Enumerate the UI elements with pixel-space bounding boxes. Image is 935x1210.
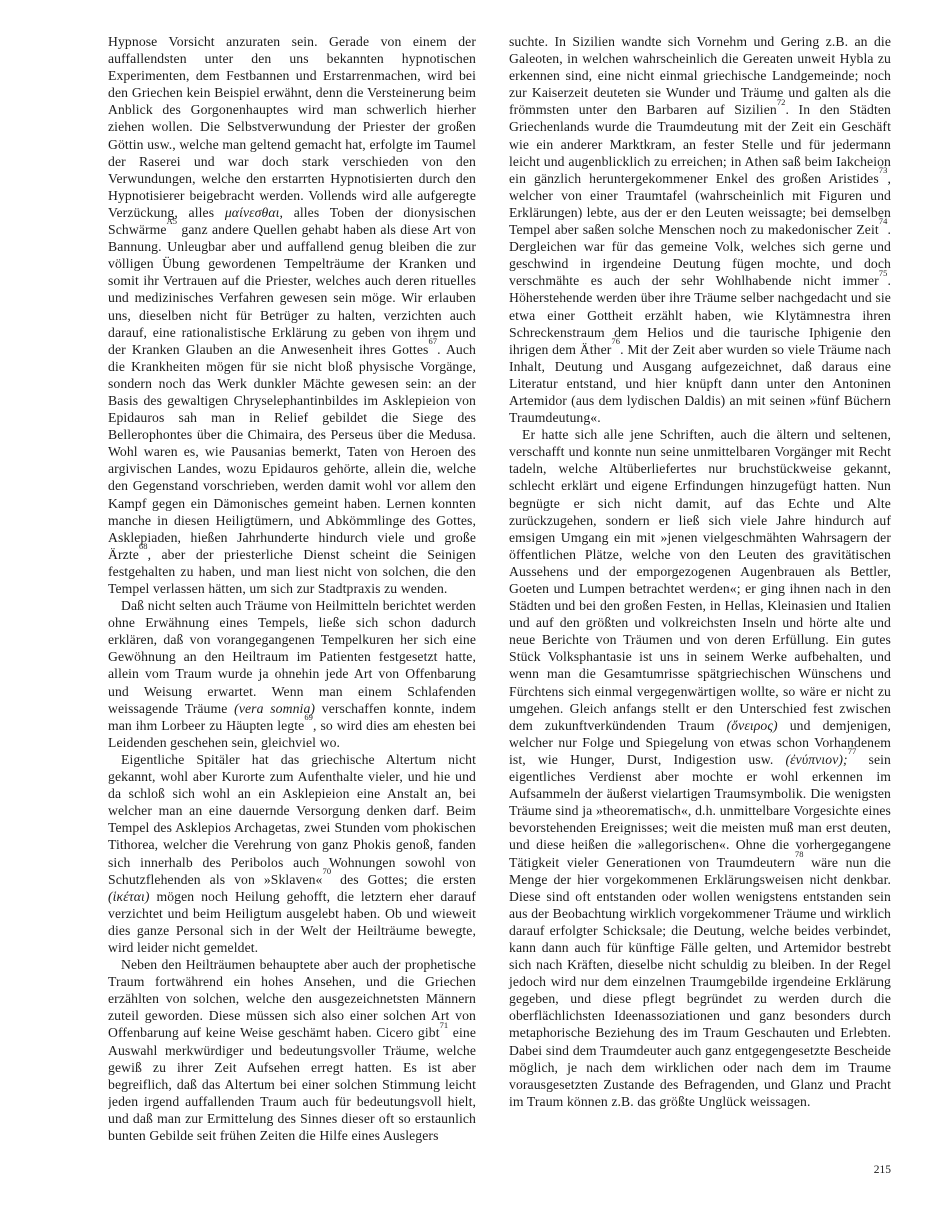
paragraph: Hypnose Vorsicht anzuraten sein. Gerade … (108, 33, 476, 597)
footnote-marker: 69 (304, 712, 313, 722)
italic-term: (ὄνειρος) (727, 718, 778, 733)
italic-term: μαίνεσθαι (225, 205, 280, 220)
text-run: Neben den Heilträumen behauptete aber au… (108, 957, 476, 1040)
footnote-marker: 77 (848, 746, 857, 756)
footnote-marker: 71 (440, 1020, 449, 1030)
footnote-marker: 76 (611, 336, 620, 346)
footnote-marker: 72 (777, 97, 786, 107)
page-number: 215 (874, 1164, 891, 1176)
book-page: Hypnose Vorsicht anzuraten sein. Gerade … (0, 0, 935, 1210)
text-run: , aber der priesterliche Dienst scheint … (108, 547, 476, 596)
footnote-marker: 70 (323, 866, 332, 876)
footnote-marker: 73 (879, 165, 888, 175)
text-column-right: suchte. In Sizilien wandte sich Vornehm … (509, 33, 891, 1173)
paragraph: Eigentliche Spitäler hat das griechische… (108, 751, 476, 956)
footnote-marker: 67 (428, 336, 437, 346)
text-column-left: Hypnose Vorsicht anzuraten sein. Gerade … (108, 33, 476, 1173)
text-run: wäre nun die Menge der hier vorgekommene… (509, 855, 891, 1109)
text-run: des Gottes; die ersten (331, 872, 476, 887)
text-run: eine Auswahl merkwürdiger und bedeutungs… (108, 1025, 476, 1143)
footnote-marker: 78 (795, 849, 804, 859)
text-run: Hypnose Vorsicht anzuraten sein. Gerade … (108, 34, 476, 220)
paragraph: Daß nicht selten auch Träume von Heilmit… (108, 597, 476, 751)
text-run: mögen noch Heilung gehofft, die letztern… (108, 889, 476, 955)
text-run: sein eigentliches Verdienst aber mochte … (509, 752, 891, 870)
text-run: Daß nicht selten auch Träume von Heilmit… (108, 598, 476, 716)
text-run: Eigentliche Spitäler hat das griechische… (108, 752, 476, 887)
text-run: . Auch die Krankheiten mögen für sie nic… (108, 342, 476, 562)
italic-term: (vera somnia) (234, 701, 315, 716)
text-columns: Hypnose Vorsicht anzuraten sein. Gerade … (108, 33, 891, 1173)
italic-term: (ἱκέται) (108, 889, 150, 904)
footnote-marker: A5 (167, 216, 178, 226)
paragraph: Er hatte sich alle jene Schriften, auch … (509, 426, 891, 1110)
italic-term: (ἐνύπνιον); (786, 752, 848, 767)
text-run: ganz andere Quellen gehabt haben als die… (108, 222, 476, 357)
footnote-marker: 74 (879, 216, 888, 226)
footnote-marker: 75 (879, 268, 888, 278)
paragraph: suchte. In Sizilien wandte sich Vornehm … (509, 33, 891, 426)
footnote-marker: 68 (139, 541, 148, 551)
paragraph: Neben den Heilträumen behauptete aber au… (108, 956, 476, 1144)
text-run: Er hatte sich alle jene Schriften, auch … (509, 427, 891, 733)
